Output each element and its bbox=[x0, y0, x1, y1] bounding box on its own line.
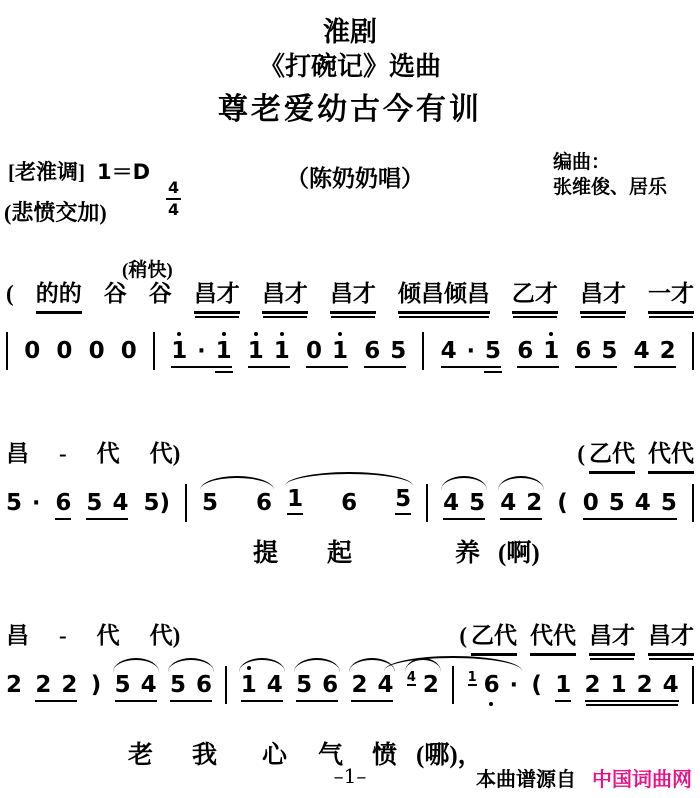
note: 2 bbox=[351, 674, 367, 697]
barline bbox=[426, 484, 428, 522]
note: 5 bbox=[661, 492, 677, 515]
duration-dot: · bbox=[197, 341, 205, 363]
perc-syllable: 代 bbox=[97, 622, 120, 656]
perc-syllable: 乙代 bbox=[589, 440, 635, 474]
system-1-notation: 00001·11101654·5616542 bbox=[6, 318, 694, 368]
barline-group bbox=[692, 332, 694, 368]
note-group: 42 bbox=[634, 340, 676, 368]
note-group: 42 bbox=[407, 674, 439, 702]
note: 5) bbox=[143, 492, 170, 515]
mode-label: [老淮调] bbox=[8, 160, 85, 184]
note: 5 bbox=[86, 492, 102, 515]
system-2-percussion: 昌-代代) (乙代代代 bbox=[6, 440, 694, 474]
note: 6 bbox=[196, 674, 212, 697]
note-group: 54 bbox=[115, 674, 157, 702]
note: 4 bbox=[112, 492, 128, 515]
barline-group bbox=[452, 666, 454, 702]
source-site-link[interactable]: 中国词曲网 bbox=[592, 767, 692, 791]
note: 5 bbox=[395, 488, 411, 515]
note: 1 bbox=[171, 340, 187, 363]
note-group: 0 bbox=[89, 340, 105, 368]
note: ( bbox=[531, 674, 542, 697]
system-3-notation: 222)54561456244216·(12124 bbox=[6, 652, 694, 702]
lyric-char: 养 bbox=[455, 533, 480, 569]
note-group: 45 bbox=[443, 492, 485, 520]
perc-syllable: 乙代 bbox=[471, 622, 517, 656]
note: 5 bbox=[485, 340, 501, 363]
note: 4 bbox=[377, 674, 393, 697]
note-group: 61 bbox=[517, 340, 559, 368]
note-group: 0 bbox=[121, 340, 137, 368]
system-2-notation: 5·6545)561654542(0545 bbox=[6, 470, 694, 520]
title-genre: 淮剧 bbox=[0, 10, 700, 49]
lyric-char: 提 bbox=[253, 533, 278, 569]
barline bbox=[692, 484, 694, 522]
arranger-label: 编曲： bbox=[553, 150, 667, 175]
note: 6 bbox=[484, 674, 500, 697]
singer-note: （陈奶奶唱） bbox=[286, 160, 424, 193]
system-3-percussion: 昌-代代) (乙代代代昌才昌才 bbox=[6, 622, 694, 656]
note: 5 bbox=[601, 340, 617, 363]
time-signature: 4 4 bbox=[166, 180, 181, 218]
note: 2 bbox=[637, 674, 653, 697]
duration-dot: · bbox=[32, 493, 40, 515]
lyric-char: 起 bbox=[327, 533, 352, 569]
note: 5 bbox=[609, 492, 625, 515]
barline-group bbox=[153, 332, 155, 368]
perc-syllable: - bbox=[59, 622, 67, 656]
note: 5 bbox=[170, 674, 186, 697]
note: 1 bbox=[332, 340, 348, 363]
note-group: 0 bbox=[56, 340, 72, 368]
barline bbox=[422, 332, 424, 370]
note: 2 bbox=[6, 674, 22, 697]
note-group: 01 bbox=[306, 340, 348, 368]
barline bbox=[153, 332, 155, 370]
barline bbox=[692, 666, 694, 704]
note-group: 4·5 bbox=[441, 340, 501, 368]
note: 0 bbox=[121, 340, 137, 363]
perc-syllable: 昌才 bbox=[589, 622, 635, 656]
grace-note: 1 bbox=[468, 671, 477, 686]
duration-dot: · bbox=[467, 341, 475, 363]
note-group: 6 bbox=[55, 492, 71, 520]
note: 6 bbox=[341, 492, 357, 515]
grace-note: 4 bbox=[407, 671, 416, 686]
note-group: 56 bbox=[170, 674, 212, 702]
emotion-note: (悲愤交加) bbox=[4, 196, 107, 227]
barline bbox=[692, 332, 694, 370]
key-signature: 1＝D bbox=[97, 160, 150, 184]
note: 0 bbox=[306, 340, 322, 363]
note-group: 22 bbox=[35, 674, 77, 702]
system-1-percussion: (的的谷谷昌才昌才昌才倾昌倾昌乙才昌才一才 bbox=[6, 280, 694, 314]
perc-syllable: 昌 bbox=[6, 440, 29, 474]
note-group: 0545 bbox=[583, 492, 677, 520]
barline-group bbox=[185, 484, 187, 520]
note: 1 bbox=[274, 340, 290, 363]
note: 6 bbox=[322, 674, 338, 697]
duration-dot: · bbox=[510, 675, 518, 697]
arranger-names: 张维俊、居乐 bbox=[553, 175, 667, 200]
system-2-percussion-right: (乙代代代 bbox=[577, 440, 694, 474]
note: 5 bbox=[6, 492, 22, 515]
note-group: 2124 bbox=[585, 674, 679, 702]
note-group: 1 bbox=[555, 674, 571, 702]
note: 4 bbox=[635, 492, 651, 515]
note: 0 bbox=[583, 492, 599, 515]
time-signature-top: 4 bbox=[168, 180, 179, 196]
note-group: 5· bbox=[6, 492, 40, 520]
perc-syllable: 一才 bbox=[648, 280, 694, 314]
note: 6 bbox=[256, 492, 272, 515]
note-group: 56 bbox=[202, 492, 272, 520]
note: 1 bbox=[287, 488, 303, 515]
note-group: ( bbox=[557, 492, 568, 520]
note: 1 bbox=[611, 674, 627, 697]
perc-syllable: 昌 bbox=[6, 622, 29, 656]
perc-syllable: 昌才 bbox=[194, 280, 240, 314]
system-3-percussion-right: (乙代代代昌才昌才 bbox=[459, 622, 694, 656]
perc-syllable: 昌才 bbox=[330, 280, 376, 314]
note: 4 bbox=[441, 340, 457, 363]
note-group: 14 bbox=[241, 674, 283, 702]
system-2-percussion-left: 昌-代代) bbox=[6, 440, 180, 474]
note: 4 bbox=[443, 492, 459, 515]
note-group: 16· bbox=[468, 674, 518, 702]
note-group: 11 bbox=[248, 340, 290, 368]
note: 5 bbox=[202, 492, 218, 515]
note: 4 bbox=[267, 674, 283, 697]
note-group: 65 bbox=[364, 340, 406, 368]
note: 0 bbox=[56, 340, 72, 363]
perc-syllable: 乙才 bbox=[512, 280, 558, 314]
note: 4 bbox=[500, 492, 516, 515]
note: 5 bbox=[390, 340, 406, 363]
title-selection: 《打碗记》选曲 bbox=[0, 46, 700, 83]
perc-syllable: 谷 bbox=[149, 280, 172, 314]
note: 6 bbox=[364, 340, 380, 363]
perc-syllable: 倾昌倾昌 bbox=[398, 280, 490, 314]
barline-group bbox=[422, 332, 424, 368]
perc-syllable: 代代 bbox=[648, 440, 694, 474]
arranger-block: 编曲： 张维俊、居乐 bbox=[553, 150, 667, 200]
perc-syllable: 昌才 bbox=[580, 280, 626, 314]
barline-group bbox=[225, 666, 227, 702]
barline-group bbox=[692, 666, 694, 702]
perc-syllable: 代 bbox=[97, 440, 120, 474]
note: ( bbox=[557, 492, 568, 515]
note: 2 bbox=[423, 674, 439, 697]
source-attribution: 本曲谱源自中国词曲网 bbox=[476, 763, 692, 792]
perc-syllable: - bbox=[59, 440, 67, 474]
note: 4 bbox=[663, 674, 679, 697]
note: 0 bbox=[89, 340, 105, 363]
note-group: 54 bbox=[86, 492, 128, 520]
barline bbox=[185, 484, 187, 522]
barline-group bbox=[692, 484, 694, 520]
note: 6 bbox=[575, 340, 591, 363]
barline bbox=[225, 666, 227, 704]
perc-syllable: ( bbox=[6, 280, 14, 314]
barline-group bbox=[6, 332, 8, 368]
note-group: 56 bbox=[296, 674, 338, 702]
note-group: 2 bbox=[6, 674, 22, 702]
note: 6 bbox=[55, 492, 71, 515]
note: 4 bbox=[634, 340, 650, 363]
note-group: ) bbox=[91, 674, 102, 702]
lyric-char: (啊) bbox=[498, 533, 540, 569]
note-group: 24 bbox=[351, 674, 393, 702]
note-group: 165 bbox=[287, 488, 411, 520]
source-label: 本曲谱源自 bbox=[476, 767, 576, 791]
perc-syllable: 代代 bbox=[530, 622, 576, 656]
note-group: 1·1 bbox=[171, 340, 231, 368]
lyrics-line-1: 提起养(啊) bbox=[6, 533, 694, 565]
system-3-percussion-left: 昌-代代) bbox=[6, 622, 180, 656]
perc-syllable: ( bbox=[459, 622, 467, 656]
tempo-note: (稍快) bbox=[122, 255, 173, 282]
note-group: 0 bbox=[24, 340, 40, 368]
note: 2 bbox=[585, 674, 601, 697]
note-group: ( bbox=[531, 674, 542, 702]
note: 5 bbox=[296, 674, 312, 697]
note-group: 65 bbox=[575, 340, 617, 368]
note: 0 bbox=[24, 340, 40, 363]
note: ) bbox=[91, 674, 102, 697]
perc-syllable: 谷 bbox=[104, 280, 127, 314]
note-group: 5) bbox=[143, 492, 170, 520]
perc-syllable: 代) bbox=[150, 440, 181, 474]
note: 4 bbox=[141, 674, 157, 697]
barline bbox=[6, 332, 8, 370]
note: 1 bbox=[216, 340, 232, 363]
barline bbox=[452, 666, 454, 704]
note: 2 bbox=[35, 674, 51, 697]
title-song: 尊老爱幼古今有训 bbox=[0, 84, 700, 128]
perc-syllable: 代) bbox=[150, 622, 181, 656]
note: 1 bbox=[248, 340, 264, 363]
note: 5 bbox=[469, 492, 485, 515]
note: 2 bbox=[526, 492, 542, 515]
note: 1 bbox=[543, 340, 559, 363]
perc-syllable: 昌才 bbox=[262, 280, 308, 314]
time-signature-bottom: 4 bbox=[168, 202, 179, 218]
note: 6 bbox=[517, 340, 533, 363]
meta-row: [老淮调] 1＝D 4 4 （陈奶奶唱） 编曲： 张维俊、居乐 bbox=[8, 156, 692, 206]
perc-syllable: 的的 bbox=[36, 280, 82, 314]
note: 1 bbox=[555, 674, 571, 697]
note: 2 bbox=[660, 340, 676, 363]
perc-syllable: 昌才 bbox=[648, 622, 694, 656]
note-group: 42 bbox=[500, 492, 542, 520]
note: 1 bbox=[241, 674, 257, 697]
perc-syllable: ( bbox=[577, 440, 585, 474]
note: 5 bbox=[115, 674, 131, 697]
barline-group bbox=[426, 484, 428, 520]
note: 2 bbox=[61, 674, 77, 697]
